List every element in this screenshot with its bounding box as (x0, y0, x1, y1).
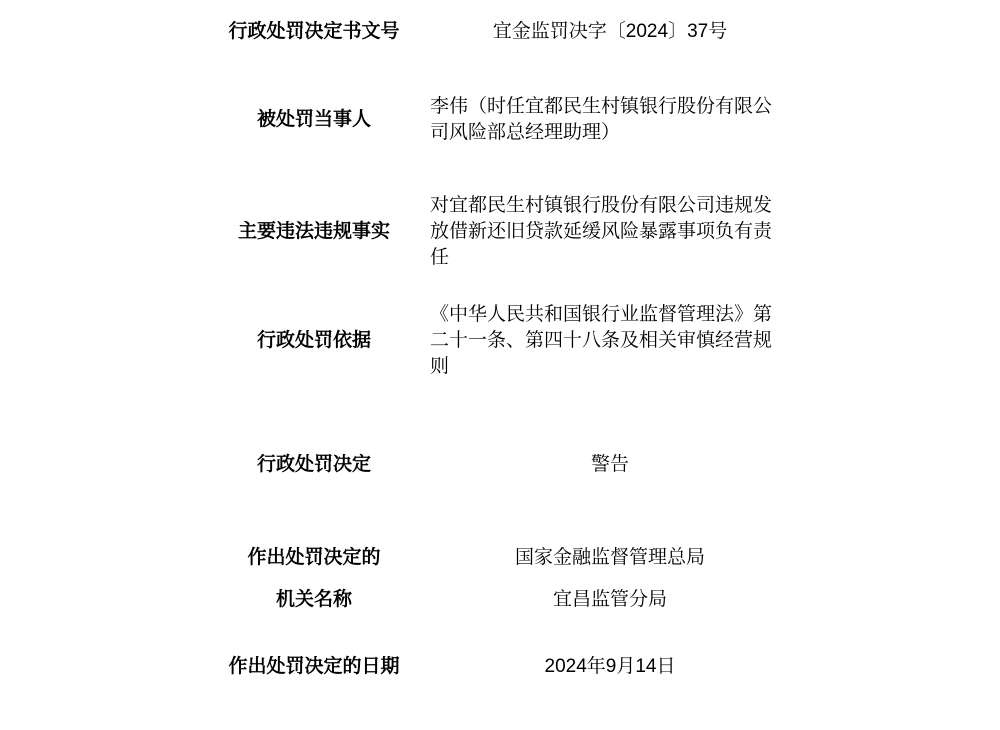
field-value-penalty-basis: 《中华人民共和国银行业监督管理法》第二十一条、第四十八条及相关审慎经营规则 (430, 302, 790, 380)
row-violation-facts: 主要违法违规事实 对宜都民生村镇银行股份有限公司违规发放借新还旧贷款延缓风险暴露… (0, 193, 790, 271)
row-penalty-basis: 行政处罚依据 《中华人民共和国银行业监督管理法》第二十一条、第四十八条及相关审慎… (0, 302, 790, 380)
field-label-penalty-basis: 行政处罚依据 (199, 328, 429, 354)
field-value-deciding-authority-line2: 宜昌监管分局 (430, 587, 790, 613)
field-value-deciding-authority-line1: 国家金融监督管理总局 (430, 545, 790, 571)
field-value-penalty-decision: 警告 (430, 452, 790, 478)
field-value-document-number: 宜金监罚决字〔2024〕37号 (430, 19, 790, 45)
row-deciding-authority: 作出处罚决定的 机关名称 国家金融监督管理总局 宜昌监管分局 (0, 545, 790, 613)
field-label-violation-facts: 主要违法违规事实 (199, 219, 429, 245)
field-value-penalized-party: 李伟（时任宜都民生村镇银行股份有限公司风险部总经理助理） (430, 94, 790, 146)
field-label-deciding-authority-line1: 作出处罚决定的 (199, 545, 429, 571)
penalty-notice-page: 行政处罚决定书文号 宜金监罚决字〔2024〕37号 被处罚当事人 李伟（时任宜都… (0, 0, 1000, 730)
field-label-deciding-authority: 作出处罚决定的 机关名称 (199, 545, 429, 613)
field-value-deciding-authority: 国家金融监督管理总局 宜昌监管分局 (430, 545, 790, 613)
row-penalized-party: 被处罚当事人 李伟（时任宜都民生村镇银行股份有限公司风险部总经理助理） (0, 94, 790, 146)
field-label-penalized-party: 被处罚当事人 (199, 107, 429, 133)
field-value-violation-facts: 对宜都民生村镇银行股份有限公司违规发放借新还旧贷款延缓风险暴露事项负有责任 (430, 193, 790, 271)
field-label-penalty-decision: 行政处罚决定 (199, 452, 429, 478)
field-value-decision-date: 2024年9月14日 (430, 654, 790, 680)
row-document-number: 行政处罚决定书文号 宜金监罚决字〔2024〕37号 (0, 19, 790, 45)
field-label-decision-date: 作出处罚决定的日期 (199, 654, 429, 680)
row-penalty-decision: 行政处罚决定 警告 (0, 452, 790, 478)
field-label-document-number: 行政处罚决定书文号 (199, 19, 429, 45)
row-decision-date: 作出处罚决定的日期 2024年9月14日 (0, 654, 790, 680)
field-label-deciding-authority-line2: 机关名称 (199, 587, 429, 613)
